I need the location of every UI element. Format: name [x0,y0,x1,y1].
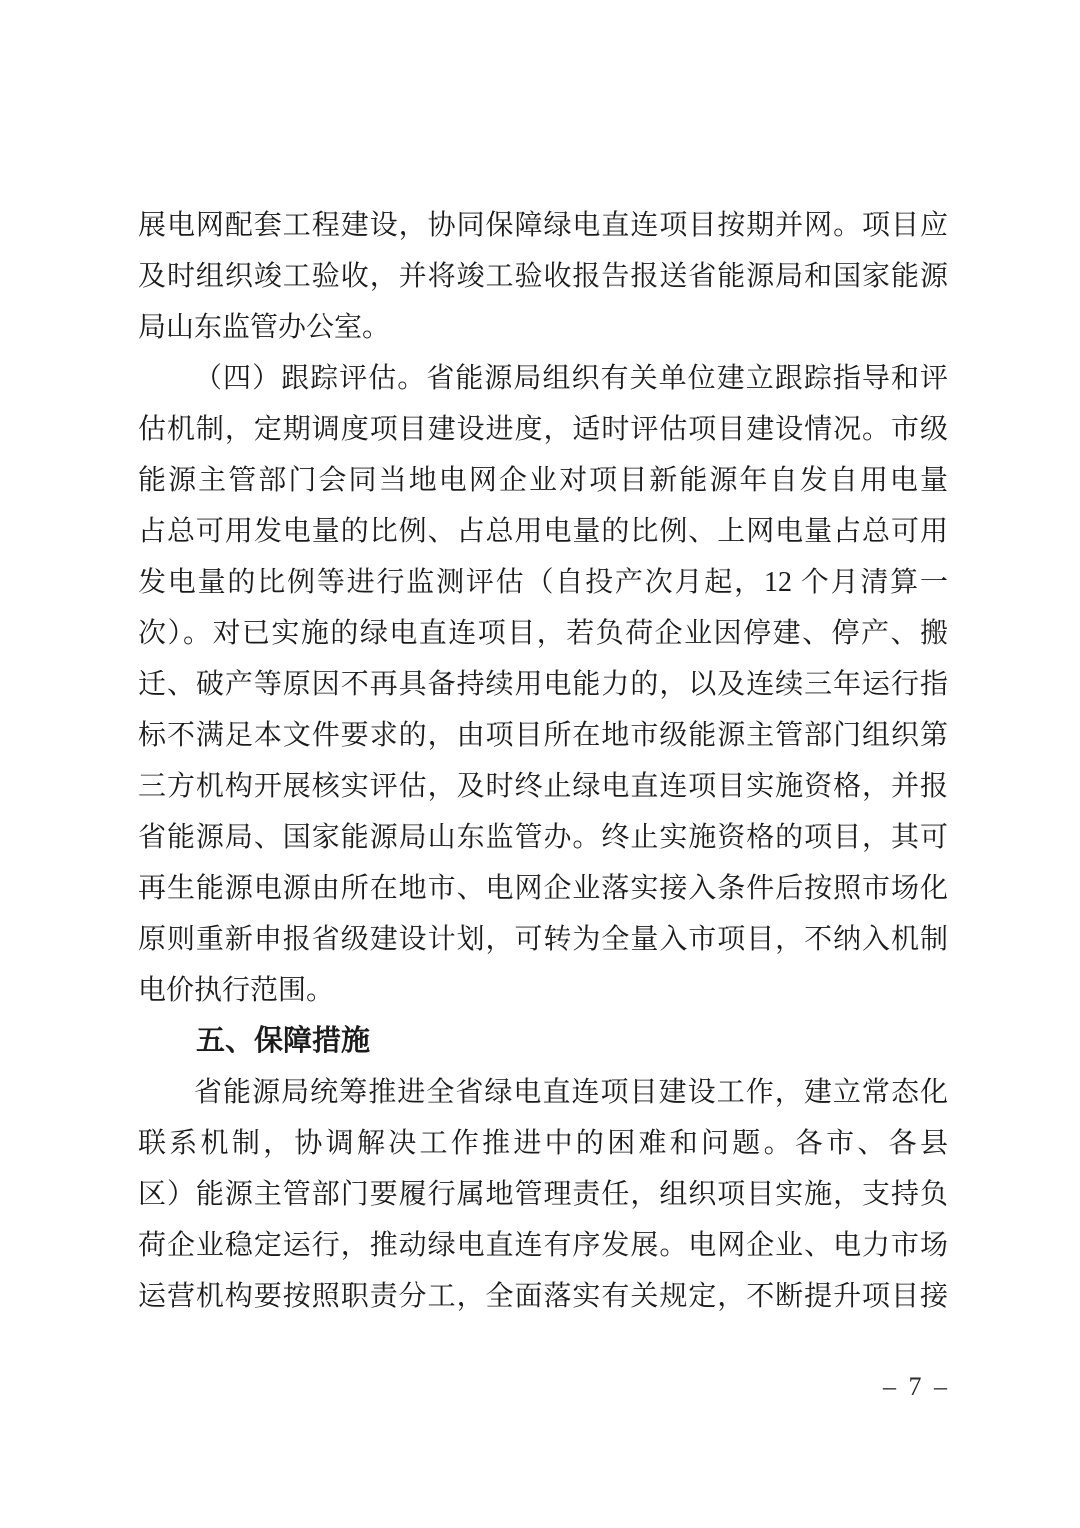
text-line: 再生能源电源由所在地市、电网企业落实接入条件后按照市场化 [138,863,948,914]
document-text-block: 展电网配套工程建设，协同保障绿电直连项目按期并网。项目应及时组织竣工验收，并将竣… [138,200,948,1322]
document-page: 展电网配套工程建设，协同保障绿电直连项目按期并网。项目应及时组织竣工验收，并将竣… [0,0,1080,1528]
text-line: 原则重新申报省级建设计划，可转为全量入市项目，不纳入机制 [138,914,948,965]
text-line: 能源主管部门会同当地电网企业对项目新能源年自发自用电量 [138,455,948,506]
section-heading: 五、保障措施 [138,1016,948,1067]
text-line: （四）跟踪评估。省能源局组织有关单位建立跟踪指导和评 [138,353,948,404]
text-line: 局山东监管办公室。 [138,302,948,353]
text-line: 次）。对已实施的绿电直连项目，若负荷企业因停建、停产、搬 [138,608,948,659]
text-line: 展电网配套工程建设，协同保障绿电直连项目按期并网。项目应 [138,200,948,251]
text-line: 发电量的比例等进行监测评估（自投产次月起，12 个月清算一 [138,557,948,608]
text-line: 占总可用发电量的比例、占总用电量的比例、上网电量占总可用 [138,506,948,557]
text-line: 电价执行范围。 [138,965,948,1016]
text-line: 荷企业稳定运行，推动绿电直连有序发展。电网企业、电力市场 [138,1220,948,1271]
text-line: 省能源局统筹推进全省绿电直连项目建设工作，建立常态化 [138,1067,948,1118]
text-line: 及时组织竣工验收，并将竣工验收报告报送省能源局和国家能源 [138,251,948,302]
text-line: 三方机构开展核实评估，及时终止绿电直连项目实施资格，并报 [138,761,948,812]
text-line: 区）能源主管部门要履行属地管理责任，组织项目实施，支持负 [138,1169,948,1220]
page-number: – 7 – [883,1372,950,1402]
text-line: 估机制，定期调度项目建设进度，适时评估项目建设情况。市级 [138,404,948,455]
text-line: 标不满足本文件要求的，由项目所在地市级能源主管部门组织第 [138,710,948,761]
text-line: 省能源局、国家能源局山东监管办。终止实施资格的项目，其可 [138,812,948,863]
text-line: 迁、破产等原因不再具备持续用电能力的，以及连续三年运行指 [138,659,948,710]
text-line: 运营机构要按照职责分工，全面落实有关规定，不断提升项目接 [138,1271,948,1322]
text-line: 联系机制，协调解决工作推进中的困难和问题。各市、各县（市、 [138,1118,948,1169]
